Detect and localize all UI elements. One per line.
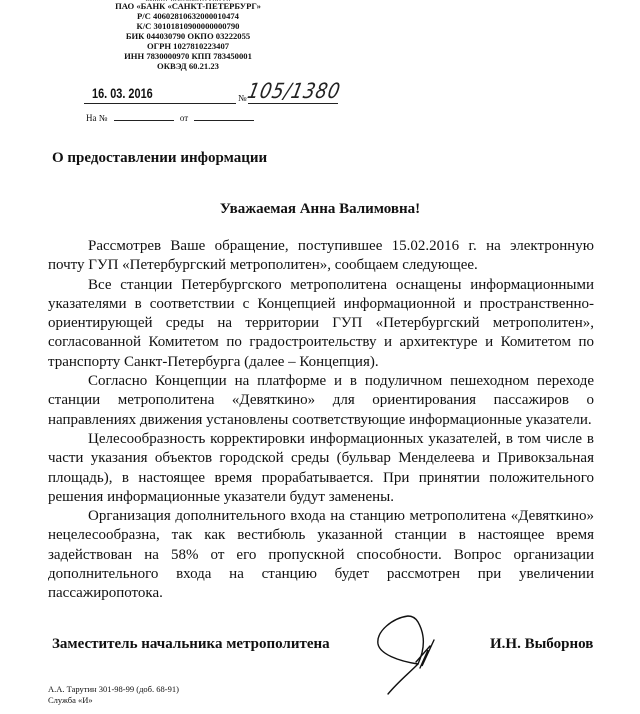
letter-body: Рассмотрев Ваше обращение, поступившее 1… xyxy=(48,237,594,604)
letterhead-bank-details: e-mail:up@metro.spb.ru ПАО «БАНК «САНКТ-… xyxy=(82,0,294,71)
number-underline xyxy=(248,103,338,104)
signatory-name: И.Н. Выборнов xyxy=(490,636,593,653)
date-underline xyxy=(84,103,236,104)
bank-name: ПАО «БАНК «САНКТ-ПЕТЕРБУРГ» xyxy=(82,1,294,11)
okved: ОКВЭД 60.21.23 xyxy=(82,61,294,71)
reference-no-blank xyxy=(114,114,174,121)
bank-account: Р/С 40602810632000010474 xyxy=(82,11,294,21)
reference-line: На № от xyxy=(86,113,258,123)
ogrn: ОГРН 1027810223407 xyxy=(82,41,294,51)
paragraph-5: Организация дополнительного входа на ста… xyxy=(48,507,594,603)
signatory-title: Заместитель начальника метрополитена xyxy=(52,636,330,653)
letter-footer: А.А. Тарутин 301-98-99 (доб. 68-91) Служ… xyxy=(48,684,179,706)
paragraph-1: Рассмотрев Ваше обращение, поступившее 1… xyxy=(48,237,594,276)
paragraph-2: Все станции Петербургского метрополитена… xyxy=(48,276,594,372)
department: Служба «И» xyxy=(48,695,179,706)
bik-okpo: БИК 044030790 ОКПО 03222055 xyxy=(82,31,294,41)
correspondent-account: К/С 30101810900000000790 xyxy=(82,21,294,31)
paragraph-3: Согласно Концепции на платформе и в поду… xyxy=(48,372,594,430)
reference-date-blank xyxy=(194,114,254,121)
reference-from-label: от xyxy=(180,113,188,123)
registration-number: 105/1380 xyxy=(245,79,342,103)
reference-no-label: На № xyxy=(86,113,107,123)
executor-contact: А.А. Тарутин 301-98-99 (доб. 68-91) xyxy=(48,684,179,695)
letter-subject: О предоставлении информации xyxy=(52,150,267,167)
handwritten-signature-icon xyxy=(368,606,468,696)
paragraph-4: Целесообразность корректировки информаци… xyxy=(48,430,594,507)
inn-kpp: ИНН 7830000970 КПП 783450001 xyxy=(82,51,294,61)
registration-stamp: 16. 03. 2016 № 105/1380 xyxy=(80,85,290,109)
registration-date: 16. 03. 2016 xyxy=(92,85,153,101)
letter-greeting: Уважаемая Анна Валимовна! xyxy=(0,201,640,218)
